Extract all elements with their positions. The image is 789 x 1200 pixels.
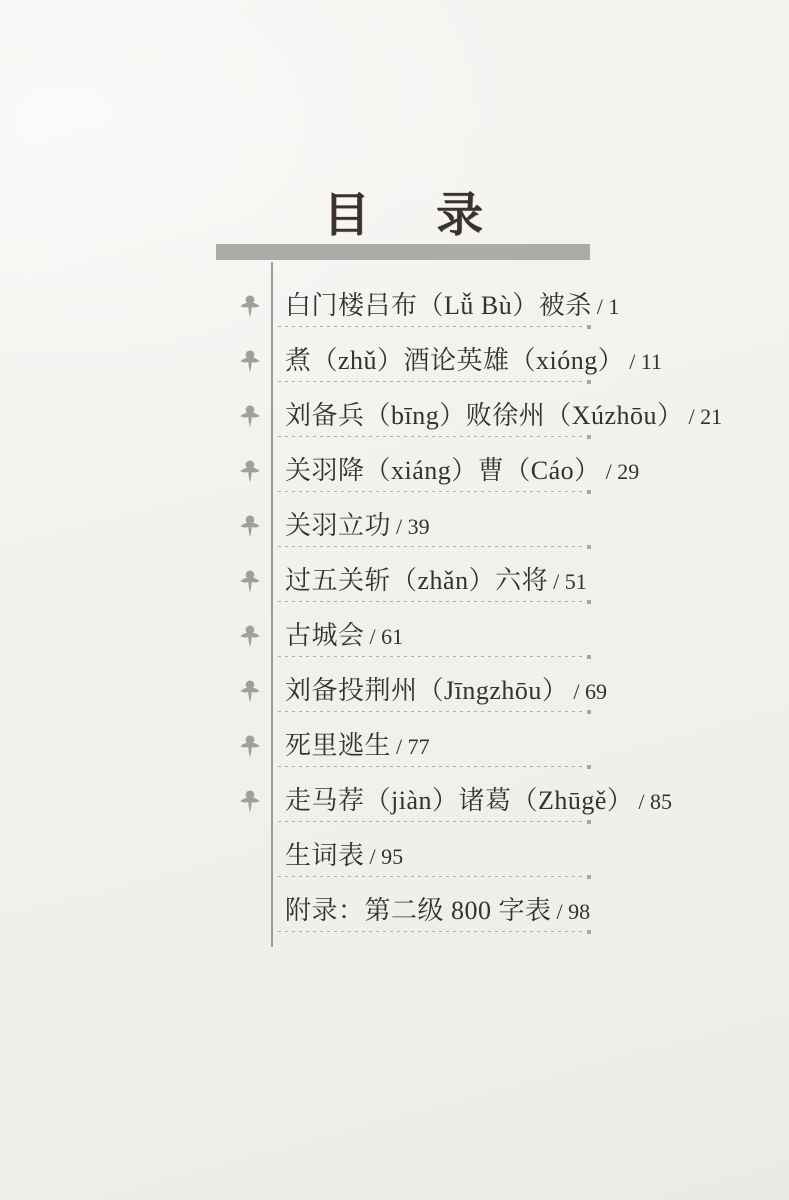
entry-page-number: / 69	[573, 679, 607, 704]
fleur-bullet-icon	[239, 459, 261, 484]
entry-title: 死里逃生	[285, 731, 391, 760]
book-toc-page: 目 录 白门楼吕布（Lǚ Bù）被杀/ 1 煮（zhǔ）酒论英雄（xióng）/…	[0, 0, 789, 1200]
entry-page-number: / 39	[396, 514, 430, 539]
entry-title: 附录：第二级 800 字表	[285, 896, 552, 925]
toc-entry: 走马荐（jiàn）诸葛（Zhūgě）/ 85	[272, 767, 588, 822]
toc-entry: 刘备投荆州（Jīngzhōu）/ 69	[272, 657, 588, 712]
toc-entry: 过五关斩（zhǎn）六将/ 51	[272, 547, 588, 602]
toc-entry: 死里逃生/ 77	[272, 712, 588, 767]
entry-title: 古城会	[285, 621, 365, 650]
entry-page-number: / 85	[638, 789, 672, 814]
entry-page-number: / 21	[689, 404, 723, 429]
toc-entry: 煮（zhǔ）酒论英雄（xióng）/ 11	[272, 327, 588, 382]
fleur-bullet-icon	[239, 789, 261, 814]
entry-page-number: / 1	[597, 294, 620, 319]
title-char-lu: 录	[436, 190, 483, 242]
entry-title: 走马荐（jiàn）诸葛（Zhūgě）	[285, 786, 633, 815]
toc-list: 白门楼吕布（Lǚ Bù）被杀/ 1 煮（zhǔ）酒论英雄（xióng）/ 11 …	[272, 272, 588, 932]
entry-page-number: / 29	[606, 459, 640, 484]
entry-title: 过五关斩（zhǎn）六将	[285, 566, 548, 595]
toc-entry: 古城会/ 61	[272, 602, 588, 657]
toc-entry: 附录：第二级 800 字表/ 98	[272, 877, 588, 932]
fleur-bullet-icon	[239, 349, 261, 374]
divider-end-dot	[587, 930, 591, 934]
entry-title: 关羽立功	[285, 511, 391, 540]
title-char-mu: 目	[323, 190, 370, 242]
fleur-bullet-icon	[239, 734, 261, 759]
entry-title: 生词表	[285, 841, 365, 870]
entry-page-number: / 95	[370, 844, 404, 869]
entry-title: 关羽降（xiáng）曹（Cáo）	[285, 456, 601, 485]
fleur-bullet-icon	[239, 294, 261, 319]
page-title: 目 录	[216, 190, 590, 242]
entry-page-number: / 51	[553, 569, 587, 594]
entry-title: 煮（zhǔ）酒论英雄（xióng）	[285, 346, 624, 375]
entry-title: 刘备投荆州（Jīngzhōu）	[285, 676, 568, 705]
fleur-bullet-icon	[239, 404, 261, 429]
entry-page-number: / 11	[629, 349, 662, 374]
toc-entry: 关羽立功/ 39	[272, 492, 588, 547]
entry-page-number: / 77	[396, 734, 430, 759]
entry-page-number: / 61	[370, 624, 404, 649]
entry-page-number: / 98	[557, 899, 591, 924]
fleur-bullet-icon	[239, 624, 261, 649]
entry-title: 白门楼吕布（Lǚ Bù）被杀	[285, 291, 592, 320]
entry-title: 刘备兵（bīng）败徐州（Xúzhōu）	[285, 401, 684, 430]
fleur-bullet-icon	[239, 569, 261, 594]
title-underline-bar	[216, 244, 590, 260]
toc-entry: 刘备兵（bīng）败徐州（Xúzhōu）/ 21	[272, 382, 588, 437]
toc-entry: 生词表/ 95	[272, 822, 588, 877]
toc-entry: 关羽降（xiáng）曹（Cáo）/ 29	[272, 437, 588, 492]
fleur-bullet-icon	[239, 679, 261, 704]
toc-entry: 白门楼吕布（Lǚ Bù）被杀/ 1	[272, 272, 588, 327]
fleur-bullet-icon	[239, 514, 261, 539]
dotted-divider	[278, 931, 585, 932]
